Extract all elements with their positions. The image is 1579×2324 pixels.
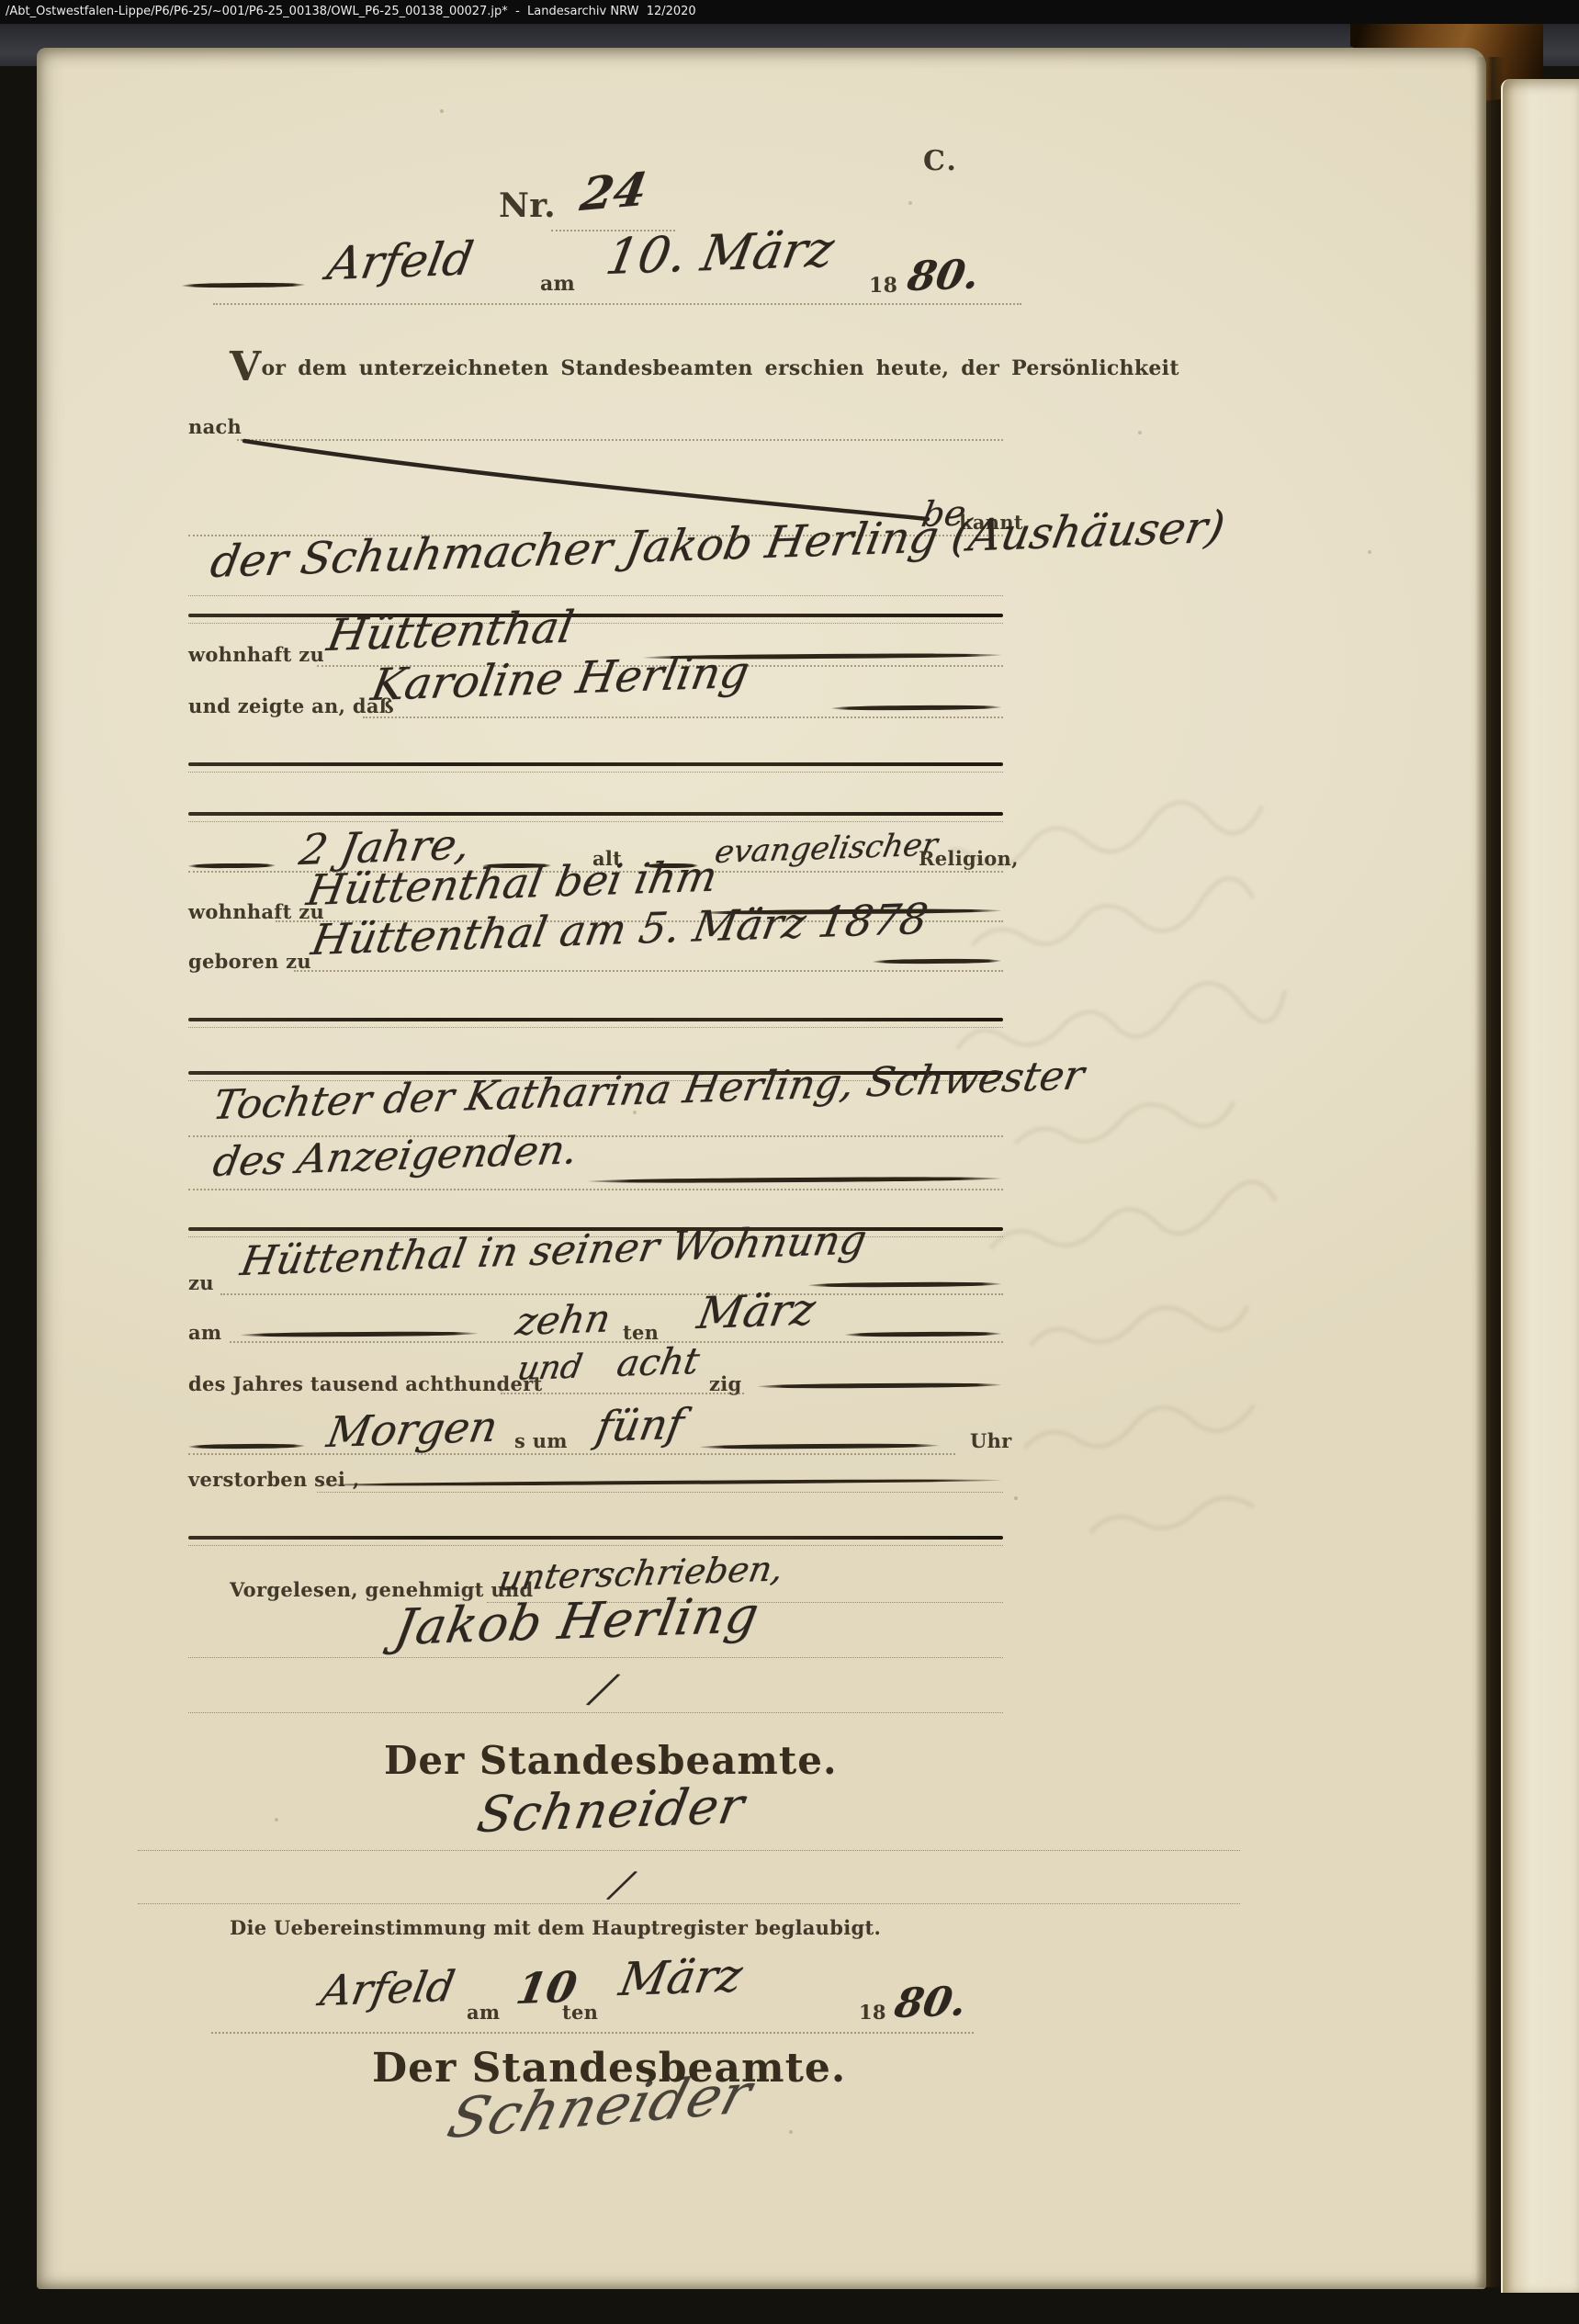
death-time-daypart: Morgen: [323, 1402, 502, 1457]
dateline-am-label: am: [540, 272, 575, 296]
verstorben-label: verstorben sei ,: [188, 1468, 359, 1491]
dateline-year-hand: 80.: [904, 251, 983, 300]
uhr-label: Uhr: [970, 1429, 1012, 1452]
death-month-value: März: [694, 1284, 819, 1339]
dateline-date: 10. März: [602, 220, 839, 286]
dateline2-month: März: [615, 1948, 746, 2006]
next-page-edge: [1501, 79, 1579, 2293]
dateline-year-printed: 18: [869, 274, 897, 298]
nach-label: nach: [188, 415, 242, 438]
paper-speckles: [0, 0, 2, 2]
report-label: und zeigte an, daß: [188, 694, 394, 717]
record-number-label: Nr.: [499, 186, 556, 225]
death-day-value: zehn: [513, 1296, 614, 1344]
certification-line: Die Uebereinstimmung mit dem Hauptregist…: [230, 1916, 881, 1939]
intro-dropcap: V: [230, 344, 261, 390]
death-year-acht: acht: [614, 1340, 703, 1385]
death-time-hour: fünf: [592, 1399, 688, 1451]
death-year-label: des Jahres tausend achthundert: [188, 1372, 543, 1395]
dateline2-am-label: am: [467, 2001, 500, 2024]
death-place-label: zu: [188, 1271, 214, 1294]
dateline2-year-printed: 18: [859, 2001, 886, 2024]
dateline2-ten-label: ten: [562, 2001, 598, 2024]
born-label: geboren zu: [188, 950, 311, 973]
religion-label: Religion,: [919, 847, 1019, 870]
record-number-value: 24: [577, 162, 650, 221]
dateline2-place: Arfeld: [317, 1961, 458, 2015]
death-day-am-label: am: [188, 1321, 221, 1344]
residence1-label: wohnhaft zu: [188, 643, 324, 666]
residence1-value: Hüttenthal: [323, 602, 578, 661]
registrar1-title: Der Standesbeamte.: [384, 1738, 838, 1783]
dateline-place: Arfeld: [323, 232, 477, 290]
ink-bleedthrough: [951, 781, 1465, 1635]
death-time-sum-label: s um: [514, 1429, 568, 1452]
form-letter-c: C.: [923, 145, 958, 177]
viewer-titlebar: /Abt_Ostwestfalen-Lippe/P6/P6-25/~001/P6…: [0, 0, 1579, 24]
scanned-register-viewer: /Abt_Ostwestfalen-Lippe/P6/P6-25/~001/P6…: [0, 0, 1579, 2324]
dateline2-year-hand: 80.: [891, 1978, 970, 2027]
registrar1-signature: Schneider: [473, 1777, 750, 1844]
death-year-und: und: [514, 1348, 585, 1388]
intro-line: Vor dem unterzeichneten Standesbeamten e…: [230, 356, 1179, 380]
